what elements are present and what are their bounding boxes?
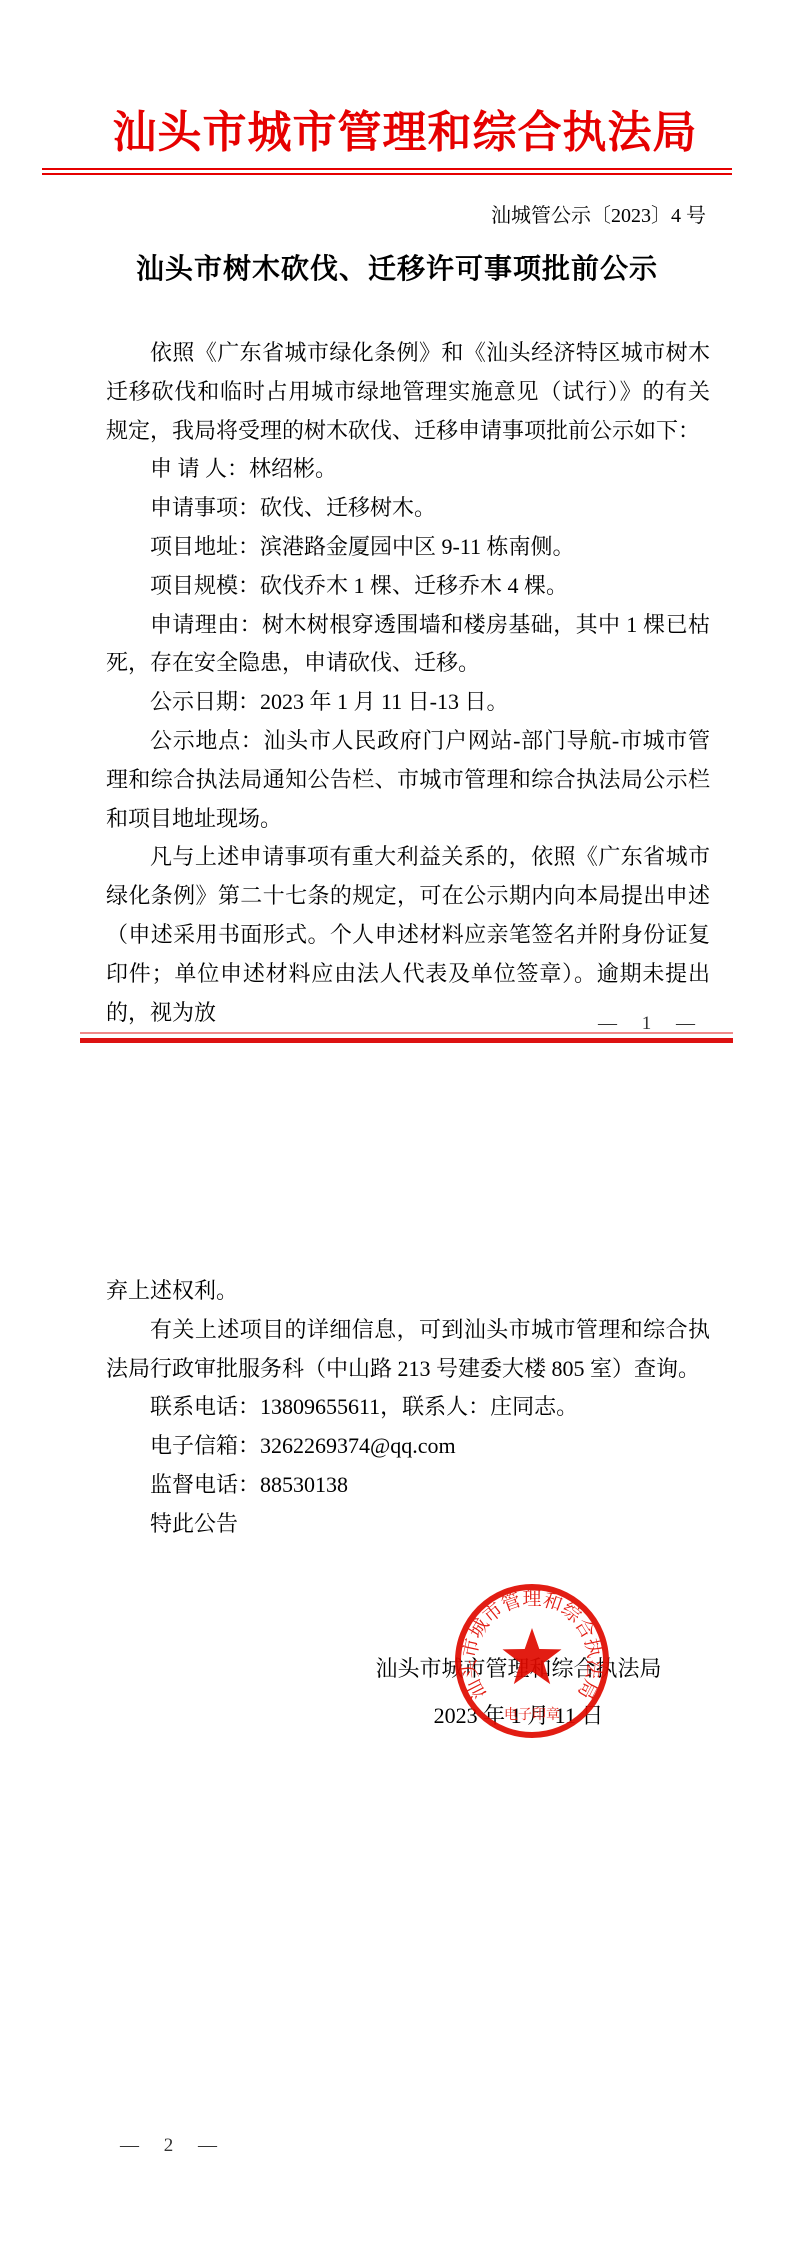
stamp-label: 电子印章 (504, 1706, 560, 1723)
paragraph-project-scale: 项目规模：砍伐乔木 1 棵、迁移乔木 4 棵。 (106, 567, 710, 606)
page1-footer-rule-thin (80, 1032, 733, 1034)
page1-body: 依照《广东省城市绿化条例》和《汕头经济特区城市树木迁移砍伐和临时占用城市绿地管理… (106, 334, 710, 1032)
paragraph-request-item: 申请事项：砍伐、迁移树木。 (106, 489, 710, 528)
paragraph-legal-basis: 依照《广东省城市绿化条例》和《汕头经济特区城市树木迁移砍伐和临时占用城市绿地管理… (106, 334, 710, 450)
official-seal-stamp-icon: 汕头市城市管理和综合执法局 电子印章 (443, 1572, 621, 1750)
paragraph-waiver-continuation: 弃上述权利。 (106, 1272, 710, 1311)
paragraph-email: 电子信箱：3262269374@qq.com (106, 1427, 710, 1466)
paragraph-reason: 申请理由：树木树根穿透围墙和楼房基础，其中 1 棵已枯死，存在安全隐患，申请砍伐… (106, 606, 710, 684)
paragraph-contact-phone: 联系电话：13809655611，联系人：庄同志。 (106, 1388, 710, 1427)
document-number: 汕城管公示〔2023〕4 号 (0, 199, 706, 228)
paragraph-notice-places: 公示地点：汕头市人民政府门户网站-部门导航-市城市管理和综合执法局通知公告栏、市… (106, 722, 710, 838)
document-header-bureau-name: 汕头市城市管理和综合执法局 (16, 96, 794, 160)
stamp-star-icon (503, 1628, 562, 1684)
paragraph-supervision-phone: 监督电话：88530138 (106, 1466, 710, 1505)
paragraph-applicant: 申 请 人：林绍彬。 (106, 450, 710, 489)
paragraph-closing: 特此公告 (106, 1505, 710, 1544)
paragraph-notice-dates: 公示日期：2023 年 1 月 11 日-13 日。 (106, 683, 710, 722)
page1-footer-rule-thick (80, 1038, 733, 1043)
paragraph-project-address: 项目地址：滨港路金厦园中区 9-11 栋南侧。 (106, 528, 710, 567)
header-double-rule (42, 168, 732, 175)
paragraph-objection-procedure: 凡与上述申请事项有重大利益关系的，依照《广东省城市绿化条例》第二十七条的规定，可… (106, 838, 710, 1032)
paragraph-inquiry-info: 有关上述项目的详细信息，可到汕头市城市管理和综合执法局行政审批服务科（中山路 2… (106, 1311, 710, 1389)
document-title: 汕头市树木砍伐、迁移许可事项批前公示 (0, 247, 794, 287)
page2-page-number: — 2 — (120, 2135, 222, 2157)
page2-body: 弃上述权利。 有关上述项目的详细信息，可到汕头市城市管理和综合执法局行政审批服务… (106, 1272, 710, 1544)
document-page: 汕头市城市管理和综合执法局 汕城管公示〔2023〕4 号 汕头市树木砍伐、迁移许… (0, 0, 794, 2246)
